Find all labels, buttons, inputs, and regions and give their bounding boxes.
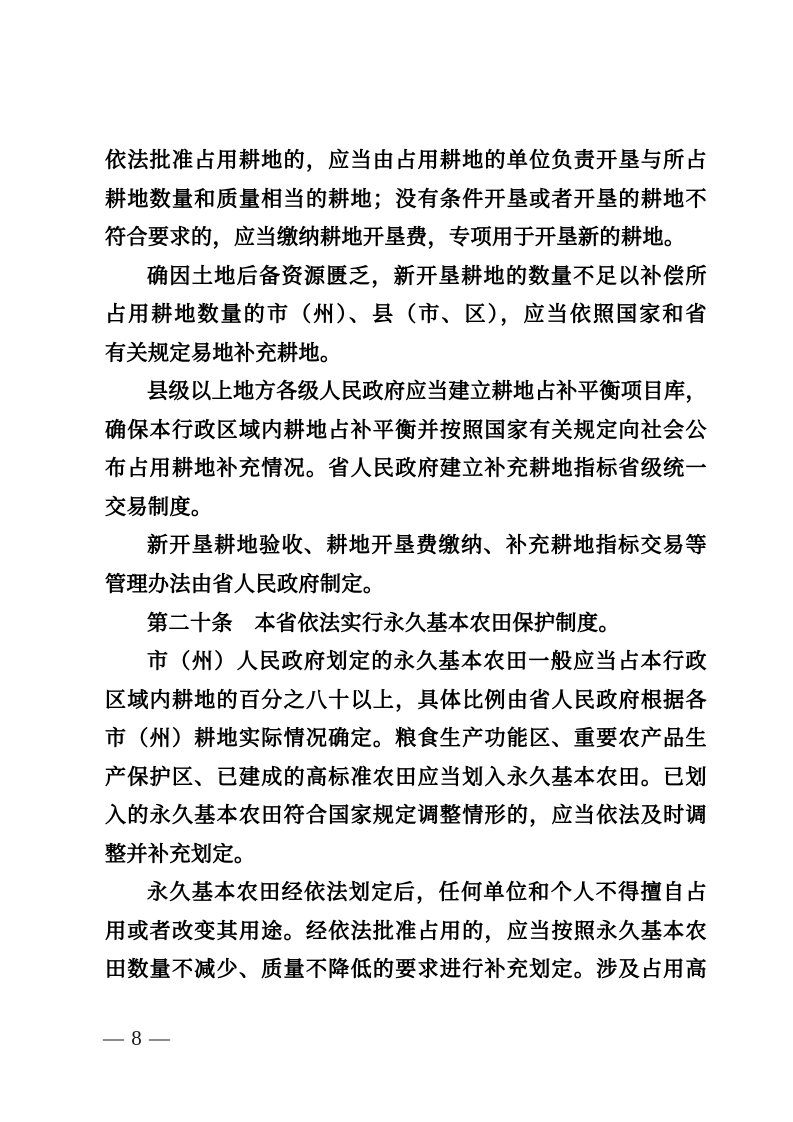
paragraph: 确因土地后备资源匮乏，新开垦耕地的数量不足以补偿所 占用耕地数量的市（州）、县（…: [105, 258, 707, 374]
text-line: 管理办法由省人民政府制定。: [105, 566, 707, 605]
text-line: 市（州）耕地实际情况确定。粮食生产功能区、重要农产品生: [105, 720, 707, 759]
text-line: 交易制度。: [105, 489, 707, 528]
text-line: 依法批准占用耕地的，应当由占用耕地的单位负责开垦与所占: [105, 142, 707, 181]
text-line: 市（州）人民政府划定的永久基本农田一般应当占本行政: [105, 643, 707, 682]
paragraph: 依法批准占用耕地的，应当由占用耕地的单位负责开垦与所占 耕地数量和质量相当的耕地…: [105, 142, 707, 258]
text-line: 布占用耕地补充情况。省人民政府建立补充耕地指标省级统一: [105, 450, 707, 489]
text-line: 有关规定易地补充耕地。: [105, 335, 707, 374]
text-line: 永久基本农田经依法划定后，任何单位和个人不得擅自占: [105, 874, 707, 913]
text-line: 占用耕地数量的市（州）、县（市、区），应当依照国家和省: [105, 296, 707, 335]
page-number: — 8 —: [103, 1024, 171, 1052]
article-heading-line: 第二十条 本省依法实行永久基本农田保护制度。: [105, 605, 707, 644]
text-line: 确保本行政区域内耕地占补平衡并按照国家有关规定向社会公: [105, 412, 707, 451]
paragraph: 永久基本农田经依法划定后，任何单位和个人不得擅自占 用或者改变其用途。经依法批准…: [105, 874, 707, 990]
text-line: 耕地数量和质量相当的耕地；没有条件开垦或者开垦的耕地不: [105, 181, 707, 220]
paragraph-article-heading: 第二十条 本省依法实行永久基本农田保护制度。: [105, 605, 707, 644]
text-line: 新开垦耕地验收、耕地开垦费缴纳、补充耕地指标交易等: [105, 527, 707, 566]
text-line: 田数量不减少、质量不降低的要求进行补充划定。涉及占用高: [105, 951, 707, 990]
document-page: 依法批准占用耕地的，应当由占用耕地的单位负责开垦与所占 耕地数量和质量相当的耕地…: [0, 0, 793, 1122]
text-line: 整并补充划定。: [105, 836, 707, 875]
text-line: 县级以上地方各级人民政府应当建立耕地占补平衡项目库，: [105, 373, 707, 412]
body-text: 依法批准占用耕地的，应当由占用耕地的单位负责开垦与所占 耕地数量和质量相当的耕地…: [105, 142, 707, 990]
text-line: 产保护区、已建成的高标准农田应当划入永久基本农田。已划: [105, 759, 707, 798]
text-line: 入的永久基本农田符合国家规定调整情形的，应当依法及时调: [105, 797, 707, 836]
paragraph: 新开垦耕地验收、耕地开垦费缴纳、补充耕地指标交易等 管理办法由省人民政府制定。: [105, 527, 707, 604]
paragraph: 县级以上地方各级人民政府应当建立耕地占补平衡项目库， 确保本行政区域内耕地占补平…: [105, 373, 707, 527]
text-line: 用或者改变其用途。经依法批准占用的，应当按照永久基本农: [105, 913, 707, 952]
text-line: 符合要求的，应当缴纳耕地开垦费，专项用于开垦新的耕地。: [105, 219, 707, 258]
text-line: 确因土地后备资源匮乏，新开垦耕地的数量不足以补偿所: [105, 258, 707, 297]
text-line: 区域内耕地的百分之八十以上，具体比例由省人民政府根据各: [105, 682, 707, 721]
paragraph: 市（州）人民政府划定的永久基本农田一般应当占本行政 区域内耕地的百分之八十以上，…: [105, 643, 707, 874]
